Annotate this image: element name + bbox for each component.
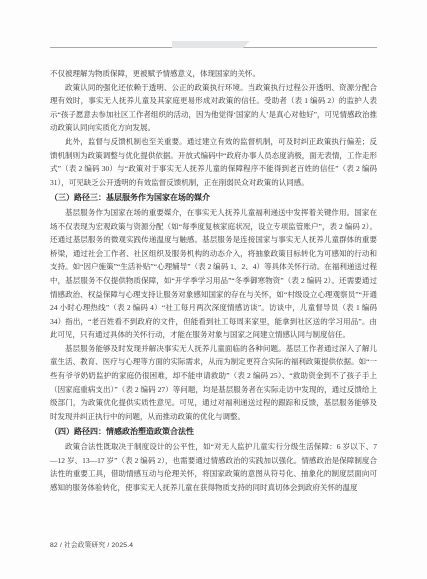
document-page: 不仅被理解为物质保障，更被赋予情感意义，体现国家的关怀。政策认同的强化还依赖于透… [0, 0, 427, 579]
paragraph: 基层服务作为国家在场的重要媒介，在事实无人抚养儿童福利递送中发挥着关键作用。国家… [50, 206, 377, 342]
header-tab-shape [172, 41, 250, 48]
paragraph: 政策认同的强化还依赖于透明、公正的政策执行环境。当政策执行过程公开透明、资源分配… [50, 81, 377, 135]
section-heading: （三）路径三：基层服务作为国家在场的媒介 [50, 191, 377, 205]
page-footer: 82 / 社会政策研究 / 2025.4 [50, 539, 133, 549]
paragraph: 此外，监督与反馈机制也至关重要。通过建立有效的监督机制，可及时纠正政策执行偏差；… [50, 135, 377, 189]
section-heading: （四）路径四：情感政治塑造政策合法性 [50, 425, 377, 439]
paragraph: 政策合法性既取决于制度设计的公平性，如“对无人监护儿童实行分级生活保障：6 岁以… [50, 440, 377, 494]
paragraph: 不仅被理解为物质保障，更被赋予情感意义，体现国家的关怀。 [50, 67, 377, 81]
article-body: 不仅被理解为物质保障，更被赋予情感意义，体现国家的关怀。政策认同的强化还依赖于透… [50, 67, 377, 494]
paragraph: 基层服务能够及时发现并解决事实无人抚养儿童面临的各种问题。基层工作者通过深入了解… [50, 342, 377, 424]
